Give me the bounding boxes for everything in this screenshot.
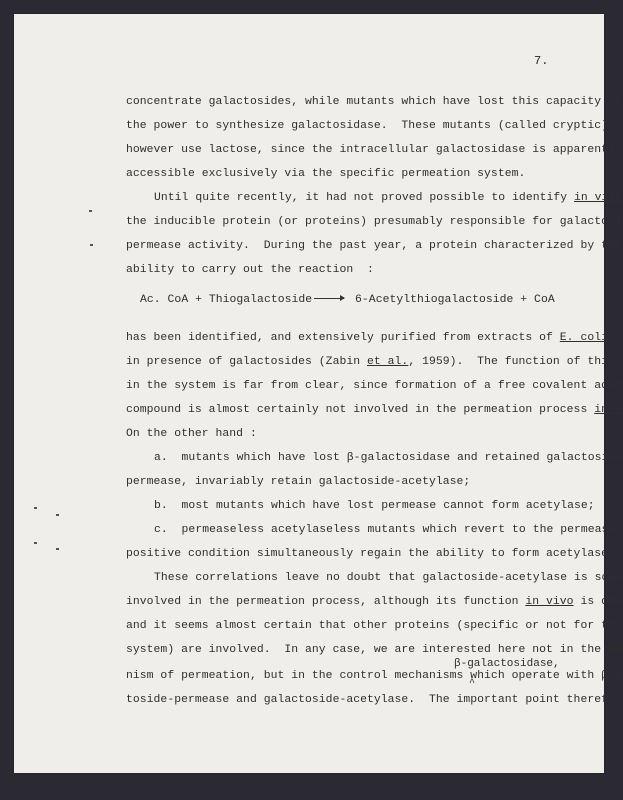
underlined-term: et al. (367, 356, 408, 368)
margin-mark (34, 507, 37, 509)
paragraph-line: the inducible protein (or proteins) pres… (126, 216, 623, 228)
text: in presence of galactosides (Zabin (126, 356, 367, 368)
paragraph-line: compound is almost certainly not involve… (126, 404, 623, 416)
margin-mark (34, 542, 37, 544)
reaction-arrow-icon (314, 298, 344, 299)
paragraph-line: the power to synthesize galactosidase. T… (126, 120, 623, 132)
paragraph-line: These correlations leave no doubt that g… (154, 572, 623, 584)
text: involved in the permeation process, alth… (126, 596, 525, 608)
text: compound is almost certainly not involve… (126, 404, 594, 416)
paragraph-line: permease activity. During the past year,… (126, 240, 622, 252)
handwritten-insertion: β-galactosidase, (454, 658, 560, 670)
paragraph-line: accessible exclusively via the specific … (126, 168, 525, 180)
page-number: 7. (534, 54, 548, 68)
paragraph-line: toside-permease and galactoside-acetylas… (126, 694, 623, 706)
paragraph-line: Until quite recently, it had not proved … (154, 192, 623, 204)
document-page: 7. concentrate galactosides, while mutan… (14, 14, 604, 773)
margin-mark (56, 548, 59, 550)
underlined-term: in vivo (594, 404, 623, 416)
paragraph-line: and it seems almost certain that other p… (126, 620, 623, 632)
paragraph-line: involved in the permeation process, alth… (126, 596, 623, 608)
paragraph-line: On the other hand : (126, 428, 257, 440)
margin-mark (90, 244, 93, 246)
caret-mark-icon: ^ (469, 678, 475, 689)
paragraph-line: has been identified, and extensively pur… (126, 332, 623, 344)
underlined-term: E. coli (560, 332, 608, 344)
list-item-b: b. most mutants which have lost permease… (154, 500, 595, 512)
text: Until quite recently, it had not proved … (154, 192, 574, 204)
reactants: Ac. CoA + Thiogalactoside (140, 294, 312, 306)
products: 6-Acetylthiogalactoside + CoA (355, 294, 555, 306)
margin-mark (56, 514, 59, 516)
list-item-c-cont: positive condition simultaneously regain… (126, 548, 615, 560)
paragraph-line: in the system is far from clear, since f… (126, 380, 623, 392)
text: is obscure, (574, 596, 623, 608)
list-item-c: c. permeaseless acetylaseless mutants wh… (154, 524, 622, 536)
paragraph-line: system) are involved. In any case, we ar… (126, 644, 623, 656)
text: , 1959). The function of this enzyme (408, 356, 623, 368)
reaction-equation: Ac. CoA + Thiogalactoside 6-Acetylthioga… (140, 294, 555, 306)
underlined-term: in vitro (574, 192, 623, 204)
margin-mark (89, 210, 92, 212)
list-item-a: a. mutants which have lost β-galactosida… (154, 452, 623, 464)
text: grown (608, 332, 623, 344)
list-item-a-cont: permease, invariably retain galactoside-… (126, 476, 470, 488)
paragraph-line: ability to carry out the reaction : (126, 264, 374, 276)
underlined-term: in vivo (525, 596, 573, 608)
paragraph-line: concentrate galactosides, while mutants … (126, 96, 623, 108)
paragraph-line: nism of permeation, but in the control m… (126, 670, 623, 682)
paragraph-line: however use lactose, since the intracell… (126, 144, 622, 156)
text: has been identified, and extensively pur… (126, 332, 560, 344)
paragraph-line: in presence of galactosides (Zabin et al… (126, 356, 623, 368)
